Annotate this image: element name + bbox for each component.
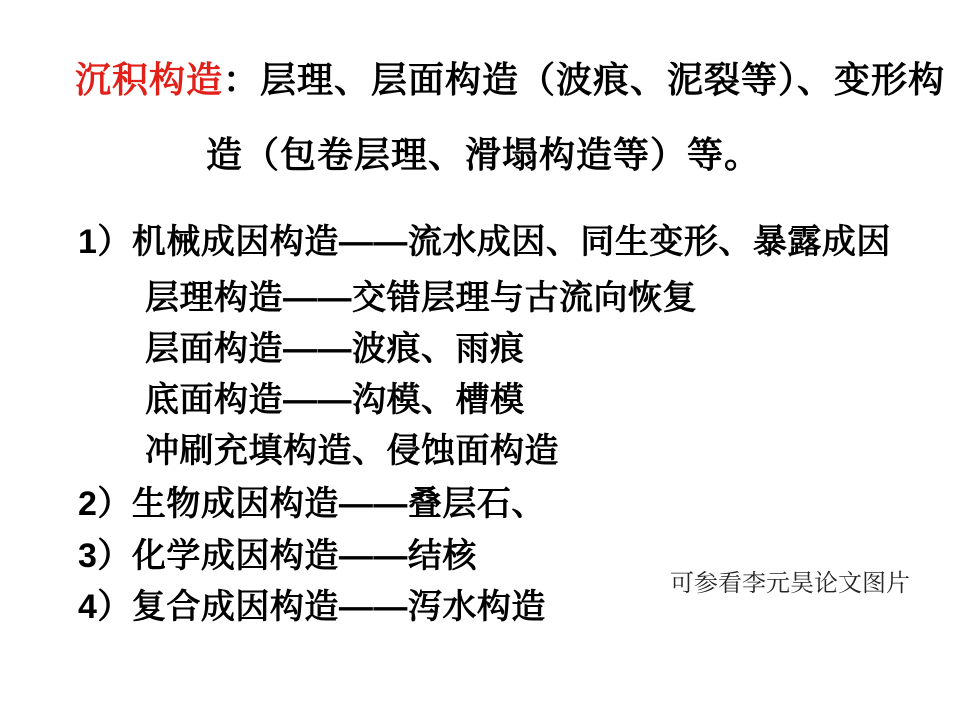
list-item-chemical-structures: 3）化学成因构造——结核 [78,538,477,575]
title-highlight: 沉积构造 [75,59,223,100]
reference-note: 可参看李元昊论文图片 [670,570,912,599]
title-line-1-rest: ：层理、层面构造（波痕、泥裂等）、变形构 [223,59,945,100]
list-item-bedding-surface-structures: 层面构造——波痕、雨痕 [145,331,525,368]
slide-title-line-1: 沉积构造：层理、层面构造（波痕、泥裂等）、变形构 [75,60,945,100]
list-item-sole-structures: 底面构造——沟模、槽模 [145,382,525,419]
list-item-bedding-structures: 层理构造——交错层理与古流向恢复 [145,280,697,317]
list-item-composite-structures: 4）复合成因构造——泻水构造 [78,589,546,626]
slide: 沉积构造：层理、层面构造（波痕、泥裂等）、变形构 造（包卷层理、滑塌构造等）等。… [0,0,960,720]
slide-title-line-2: 造（包卷层理、滑塌构造等）等。 [206,135,761,175]
list-item-scour-fill-structures: 冲刷充填构造、侵蚀面构造 [145,433,559,470]
list-item-mechanical-structures: 1）机械成因构造——流水成因、同生变形、暴露成因 [78,224,891,261]
list-item-biogenic-structures: 2）生物成因构造——叠层石、 [78,486,546,523]
